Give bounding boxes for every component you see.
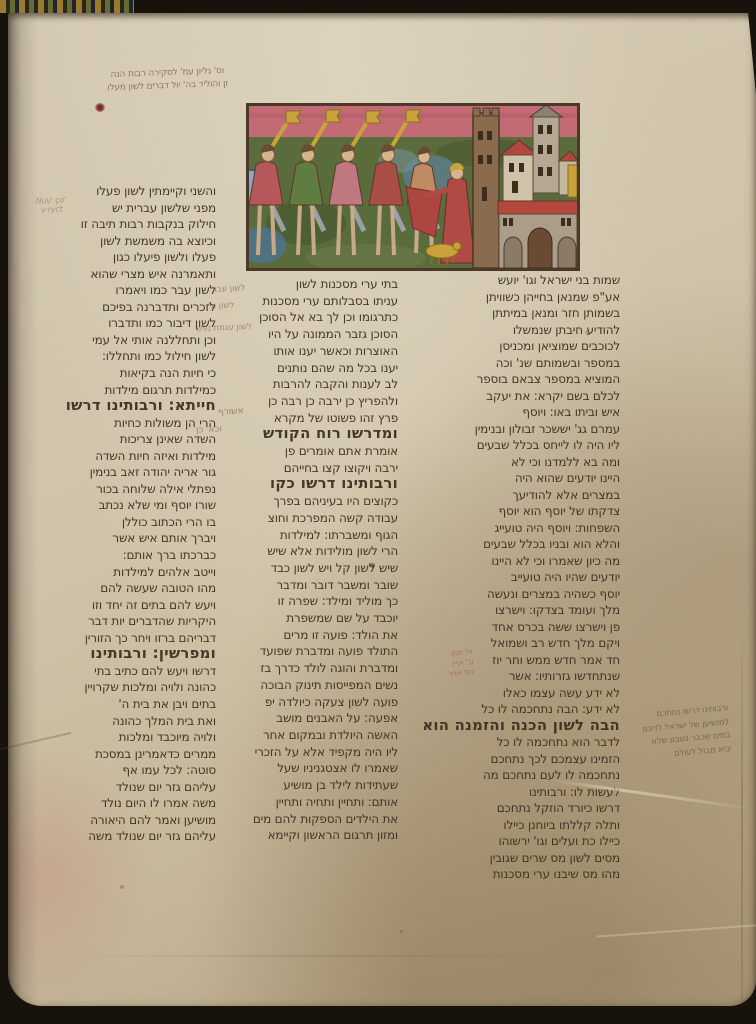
- text-line: עניתו בסבלותם ערי מסכנות: [232, 293, 398, 310]
- text-line: וכן ותחללנה אותי אל עמי: [30, 332, 216, 349]
- text-line: מה כיון שאמרו וכי לא היינו: [438, 553, 620, 570]
- text-line: אותם: ותחיין ותחיה ותחיין: [232, 794, 398, 811]
- text-line: שמות בני ישראל וגו' יועש: [438, 272, 620, 289]
- text-line: אפעה: על האבנים מושב: [232, 710, 398, 727]
- text-line: דרשו ויעש להם כתיב בתי: [30, 663, 216, 680]
- text-line: לשון דיבור כמו ותדברו: [30, 315, 216, 332]
- ink-speck: [585, 330, 589, 334]
- text-line: לא ידע עשה עצמו כאלו: [438, 685, 620, 702]
- text-line: כי חיות הנה בקיאות: [30, 365, 216, 382]
- text-line: לכלם בשם יקרא: את יעקב: [438, 388, 620, 405]
- text-line: האוצרות וכאשר יענו אותו: [232, 343, 398, 360]
- text-line: כברכתו ברך אותם:: [30, 547, 216, 564]
- text-line: נתחכמה לו לעם נתחכם מה: [438, 767, 620, 784]
- text-line: כהונה ולויה ומלכות שקרויין: [30, 679, 216, 696]
- text-line: מהו הטובה שעשה להם: [30, 580, 216, 597]
- miniature-jericho-procession: [246, 103, 580, 271]
- text-line: · v·ryct: [36, 204, 67, 215]
- text-line: ומדברת והוגה לולד כדרך בז: [232, 660, 398, 677]
- text-line: במצרים אלא להודיעך: [438, 487, 620, 504]
- red-ink-stain: [95, 103, 105, 112]
- text-line: יענו בכל מה שהם נותנים: [232, 360, 398, 377]
- text-line: וייטב אלהים למילדות: [30, 564, 216, 581]
- marginal-gloss-4: אשורף: [218, 406, 244, 418]
- text-line: התולד פועה ומדברת שפועד: [232, 643, 398, 660]
- text-line: עמרם גג' יששכר זבולון ובנימין: [438, 421, 620, 438]
- text-line: בשמותן חזר ומנאן במיתתן: [438, 305, 620, 322]
- text-line: שורו יוסף ומי שלא נכתב: [30, 497, 216, 514]
- text-line: עליהם גזר יום שנולד משה: [30, 828, 216, 845]
- text-line: הרי הן משולות כחיות: [30, 415, 216, 432]
- left-margin-librarian-note: Nuv' ço'· v·ryct: [36, 195, 67, 215]
- marginal-gloss-1: לשון עבר: [212, 283, 246, 295]
- text-line: שעתידות לילד בן מושיע: [232, 777, 398, 794]
- text-line: ליו היה לו לייחס בכלל שבעים: [438, 437, 620, 454]
- text-line: לב לענות והקבה להרבות: [232, 376, 398, 393]
- text-line: הגוף ומשברתו: למילדות: [232, 527, 398, 544]
- text-line: סוטה: לכל עמו אף: [30, 762, 216, 779]
- red-ink-marginal-note: זיל תמןוב' ועייןבס' אחר: [446, 647, 474, 679]
- text-line: אומרת אתם אומרים פן: [232, 443, 398, 460]
- text-line: חילוק בנקבות רבות תיבה זו: [30, 216, 216, 233]
- text-line: מושיען ואמר להם היאורה: [30, 812, 216, 829]
- text-line: שובר ומשבר דובר ומדבר: [232, 577, 398, 594]
- text-line: לשון עבר כמו ויאמרו: [30, 282, 216, 299]
- text-line: להודיע חיבתן שנמשלו: [438, 322, 620, 339]
- text-line: ולויה מיוכבד ומלכות: [30, 729, 216, 746]
- text-line: איש וביתו באו: ויוסף: [438, 404, 620, 421]
- binding-headband: [0, 0, 134, 13]
- text-line: הרי לשון מולידות אלא שיש: [232, 543, 398, 560]
- miniature-painting: [246, 103, 580, 271]
- text-line: בתים ויבן את בית ה': [30, 696, 216, 713]
- text-line: לעשות לו: ורבותינו: [438, 784, 620, 801]
- text-line: לדבר הוא נתחכמה לו כל: [438, 734, 620, 751]
- text-line: יודעים שהיו היה טועייב: [438, 569, 620, 586]
- text-line: האשה היולדת ובמקום אחר: [232, 727, 398, 744]
- text-line: ותלה קללתו ביוחנן כיילו: [438, 817, 620, 834]
- text-line: ורבותינו דרשו כקו: [232, 476, 398, 493]
- text-line: לכוכבים שמוציאן ומכניסן: [438, 338, 620, 355]
- text-line: ומדרשו רוח הקודש: [232, 426, 398, 443]
- text-line: במספר ובשמותם שנ' וכה: [438, 355, 620, 372]
- text-line: עבודה קשה המפרכת וחוצ: [232, 510, 398, 527]
- text-line: דרשו כיורד הוזקל נתחכם: [438, 800, 620, 817]
- text-line: היקריות שהדברים יות דבר: [30, 613, 216, 630]
- text-line: והלא הוא ובניו בכלל שבעים: [438, 536, 620, 553]
- text-line: ומפרשין: ורבותינו: [30, 646, 216, 663]
- text-line: לשון חילול כמו ותחללו:: [30, 348, 216, 365]
- text-line: השדה שאינן צריכות: [30, 431, 216, 448]
- ink-speck: [400, 930, 403, 933]
- marginal-gloss-3: לשון עגמת נפש: [196, 322, 252, 335]
- text-line: ויברך אותם איש אשר: [30, 530, 216, 547]
- text-line: וכיוצא בה משמשת לשון: [30, 233, 216, 250]
- text-line: ומזון תרגום הראשון וקיימא: [232, 827, 398, 844]
- text-line: נשים המפייסות תינוק הבוכה: [232, 677, 398, 694]
- text-line: מסים לשון מס שרים שגובין: [438, 850, 620, 867]
- text-line: משה אמרו לו היום נולד: [30, 795, 216, 812]
- text-line: צדקתו של יוסף הוא יוסף: [438, 503, 620, 520]
- text-line: בו הרי הכתוב כוללן: [30, 514, 216, 531]
- ink-speck: [120, 885, 124, 889]
- text-line: ומה בא ללמדנו וכי לא: [438, 454, 620, 471]
- ink-speck: [370, 563, 375, 568]
- text-line: פן וישרצו ששה בכרס אחד: [438, 619, 620, 636]
- text-line: כמילדות תרגום מילדות: [30, 382, 216, 399]
- text-line: כך מוליד ומילד: שפרה זו: [232, 593, 398, 610]
- text-column-right: שמות בני ישראל וגו' יועשאע"פ שמנאן בחייה…: [438, 272, 620, 883]
- text-line: כתרגומו וכן לך בא אל הסוכן: [232, 309, 398, 326]
- text-line: ממרים כדאמרינן במסכת: [30, 746, 216, 763]
- text-line: מלך ועומד בצדקו: וישרצו: [438, 602, 620, 619]
- text-column-left: והשני וקיימתין לשון פעלומפני שלשון עברית…: [30, 183, 216, 845]
- text-line: כקוצים היו בעיניהם בפרך: [232, 493, 398, 510]
- text-line: יוסף כשהיה במצרים ונעשה: [438, 586, 620, 603]
- text-line: יוכבד על שם שמשפרת: [232, 610, 398, 627]
- text-line: נפתלי אילה שלוחה בכור: [30, 481, 216, 498]
- text-line: מהו מס שיבנו ערי מסכנות: [438, 866, 620, 883]
- text-line: השפחות: ויוסף היה טועייג: [438, 520, 620, 537]
- marginal-gloss-5: וכא' כן: [196, 424, 222, 435]
- text-line: ותאמרנה איש מצרי שהוא: [30, 266, 216, 283]
- text-line: את הילדים הספקות להם מים: [232, 811, 398, 828]
- text-line: בס' אחר: [447, 667, 474, 679]
- text-line: מילדות ואיזה חיות השדה: [30, 448, 216, 465]
- text-line: המוציא במספר צבאם בוספר: [438, 371, 620, 388]
- text-line: שאמרו לו אצטגניניו שעל: [232, 760, 398, 777]
- text-line: אע"פ שמנאן בחייהן כשוויתן: [438, 289, 620, 306]
- text-line: גור אריה יהודה זאב בנימין: [30, 464, 216, 481]
- text-line: פרץ זהו פשוטו של מקרא: [232, 410, 398, 427]
- text-line: הסוכן גזבר הממונה על היו: [232, 326, 398, 343]
- manuscript-scan: { "page": { "type_label": "hebrew illumi…: [0, 0, 756, 1024]
- text-line: הזמינו עצמכם לכך נתחכם: [438, 751, 620, 768]
- text-line: ויעש להם בתים זה יחד וזו: [30, 597, 216, 614]
- text-line: חייתא: ורבותינו דרשו: [30, 398, 216, 415]
- text-line: ואת בית המלך כהונה: [30, 713, 216, 730]
- text-line: היינו יודעים שהוא היה: [438, 470, 620, 487]
- text-line: דבריהם ברזו ויחר כך הזורין: [30, 630, 216, 647]
- text-line: ירבה ויקוצו קצו בחייהם: [232, 460, 398, 477]
- text-line: את הולד: פועה זו מרים: [232, 627, 398, 644]
- text-column-middle: בתי ערי מסכנות לשוןעניתו בסבלותם ערי מסכ…: [232, 276, 398, 844]
- text-line: פעלו ולשון פיעלו כגון: [30, 249, 216, 266]
- marginal-gloss-2: לשון וג': [208, 301, 235, 312]
- text-line: בתי ערי מסכנות לשון: [232, 276, 398, 293]
- text-line: עליהם גזר יום שנולד: [30, 779, 216, 796]
- text-line: ליו היה מקפיד אלא על הזכרי: [232, 744, 398, 761]
- text-line: לזכרים ותדברנה בפיכם: [30, 299, 216, 316]
- text-line: ולהפריץ כן ירבה כן רבה כן: [232, 393, 398, 410]
- text-line: פועה לשון צעקה כיולדה יפ: [232, 694, 398, 711]
- text-line: כיילו כת ועלים וגו' ירשוהו: [438, 833, 620, 850]
